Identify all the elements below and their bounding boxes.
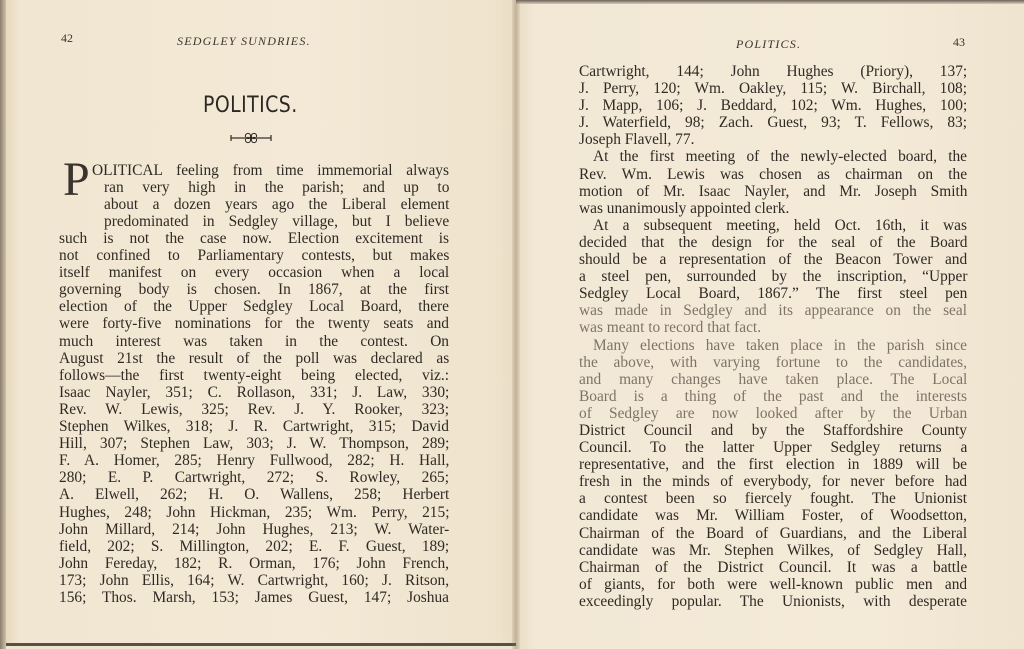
text-line: Cartwright, 144; John Hughes (Priory), 1… bbox=[579, 63, 967, 80]
text-line: decided that the design for the seal of … bbox=[579, 234, 967, 251]
text-line: was meant to record that fact. bbox=[579, 319, 967, 336]
text-line: not confined to Parliamentary contests, … bbox=[59, 247, 449, 264]
text-line: J. Perry, 120; Wm. Oakley, 115; W. Birch… bbox=[579, 80, 967, 97]
text-line: Rev. Wm. Lewis was chosen as chairman on… bbox=[579, 166, 967, 183]
text-line: should be a representation of the Beacon… bbox=[579, 251, 967, 268]
text-line: exceedingly popular. The Unionists, with… bbox=[579, 593, 967, 610]
text-line: OLITICAL feeling from time immemorial al… bbox=[92, 162, 449, 179]
text-line: governing body is chosen. In 1867, at th… bbox=[59, 281, 449, 298]
text-line: F. A. Homer, 285; Henry Fullwood, 282; H… bbox=[59, 452, 449, 469]
right-body-text: Cartwright, 144; John Hughes (Priory), 1… bbox=[579, 63, 967, 610]
text-line: candidate was Mr. William Foster, of Woo… bbox=[579, 507, 967, 524]
text-line: such is not the case now. Election excit… bbox=[59, 230, 449, 247]
text-line: Isaac Nayler, 351; C. Rollason, 331; J. … bbox=[59, 384, 449, 401]
text-line: Council. To the latter Upper Sedgley ret… bbox=[579, 439, 967, 456]
text-line: John Millard, 214; John Hughes, 213; W. … bbox=[59, 521, 449, 538]
text-line: Joseph Flavell, 77. bbox=[579, 131, 967, 148]
text-line: of giants, for both were well-known publ… bbox=[579, 576, 967, 593]
left-body-text: such is not the case now. Election excit… bbox=[59, 230, 449, 606]
text-line: Chairman of the District Council. It was… bbox=[579, 559, 967, 576]
right-running-head: POLITICS. bbox=[736, 37, 801, 52]
text-line: was made in Sedgley and its appearance o… bbox=[579, 302, 967, 319]
text-line: John Fereday, 182; R. Orman, 176; John F… bbox=[59, 555, 449, 572]
text-line: predominated in Sedgley village, but I b… bbox=[104, 213, 449, 230]
book-gutter bbox=[512, 0, 520, 649]
text-line: field, 202; S. Millington, 202; E. F. Gu… bbox=[59, 538, 449, 555]
chapter-title: POLITICS. bbox=[203, 93, 298, 118]
text-line: Hill, 307; Stephen Law, 303; J. W. Thomp… bbox=[59, 435, 449, 452]
text-line: 173; John Ellis, 164; W. Cartwright, 160… bbox=[59, 572, 449, 589]
book-spread: 42 SEDGLEY SUNDRIES. POLITICS. P OLITICA… bbox=[0, 0, 1024, 649]
text-line: A. Elwell, 262; H. O. Wallens, 258; Herb… bbox=[59, 486, 449, 503]
text-line: Hughes, 248; John Hickman, 235; Wm. Perr… bbox=[59, 504, 449, 521]
text-line: were forty-five nominations for the twen… bbox=[59, 315, 449, 332]
right-page-number: 43 bbox=[953, 35, 965, 50]
text-line: Chairman of the Board of Guardians, and … bbox=[579, 525, 967, 542]
text-line: At a subsequent meeting, held Oct. 16th,… bbox=[579, 217, 967, 234]
text-line: August 21st the result of the poll was d… bbox=[59, 350, 449, 367]
text-line: ran very high in the parish; and up to bbox=[104, 179, 449, 196]
text-line: the above, with varying fortune to the c… bbox=[579, 354, 967, 371]
text-line: J. Mapp, 106; J. Beddard, 102; Wm. Hughe… bbox=[579, 97, 967, 114]
text-line: representative, and the first election i… bbox=[579, 456, 967, 473]
text-line: much interest was taken in the contest. … bbox=[59, 333, 449, 350]
left-running-head: SEDGLEY SUNDRIES. bbox=[177, 34, 311, 49]
text-line: Rev. W. Lewis, 325; Rev. J. Y. Rooker, 3… bbox=[59, 401, 449, 418]
text-line: 280; E. P. Cartwright, 272; S. Rowley, 2… bbox=[59, 469, 449, 486]
text-line: District Council and by the Staffordshir… bbox=[579, 422, 967, 439]
text-line: 156; Thos. Marsh, 153; James Guest, 147;… bbox=[59, 589, 449, 606]
text-line: was unanimously appointed clerk. bbox=[579, 200, 967, 217]
text-line: itself manifest on every occasion when a… bbox=[59, 264, 449, 281]
text-line: and many changes have taken place. The L… bbox=[579, 371, 967, 388]
text-line: Many elections have taken place in the p… bbox=[579, 337, 967, 354]
text-line: At the first meeting of the newly-electe… bbox=[579, 148, 967, 165]
text-line: fresh in the minds of everybody, for nev… bbox=[579, 473, 967, 490]
text-line: candidate was Mr. Stephen Wilkes, of Sed… bbox=[579, 542, 967, 559]
fleuron-ornament-icon bbox=[229, 132, 273, 144]
left-page-number: 42 bbox=[61, 31, 73, 46]
text-line: J. Waterfield, 98; Zach. Guest, 93; T. F… bbox=[579, 114, 967, 131]
text-line: follows—the first twenty-eight being ele… bbox=[59, 367, 449, 384]
text-line: about a dozen years ago the Liberal elem… bbox=[104, 196, 449, 213]
text-line: Stephen Wilkes, 318; J. R. Cartwright, 3… bbox=[59, 418, 449, 435]
text-line: motion of Mr. Isaac Nayler, and Mr. Jose… bbox=[579, 183, 967, 200]
text-line: a steel pen, surrounded by the inscripti… bbox=[579, 268, 967, 285]
text-line: Board is a thing of the past and the int… bbox=[579, 388, 967, 405]
text-line: of Sedgley are now looked after by the U… bbox=[579, 405, 967, 422]
text-line: election of the Upper Sedgley Local Boar… bbox=[59, 298, 449, 315]
text-line: Sedgley Local Board, 1867.” The first st… bbox=[579, 285, 967, 302]
left-dropcap-lines: OLITICAL feeling from time immemorial al… bbox=[104, 162, 449, 230]
drop-cap: P bbox=[63, 158, 90, 202]
text-line: a contest been so fiercely fought. The U… bbox=[579, 490, 967, 507]
